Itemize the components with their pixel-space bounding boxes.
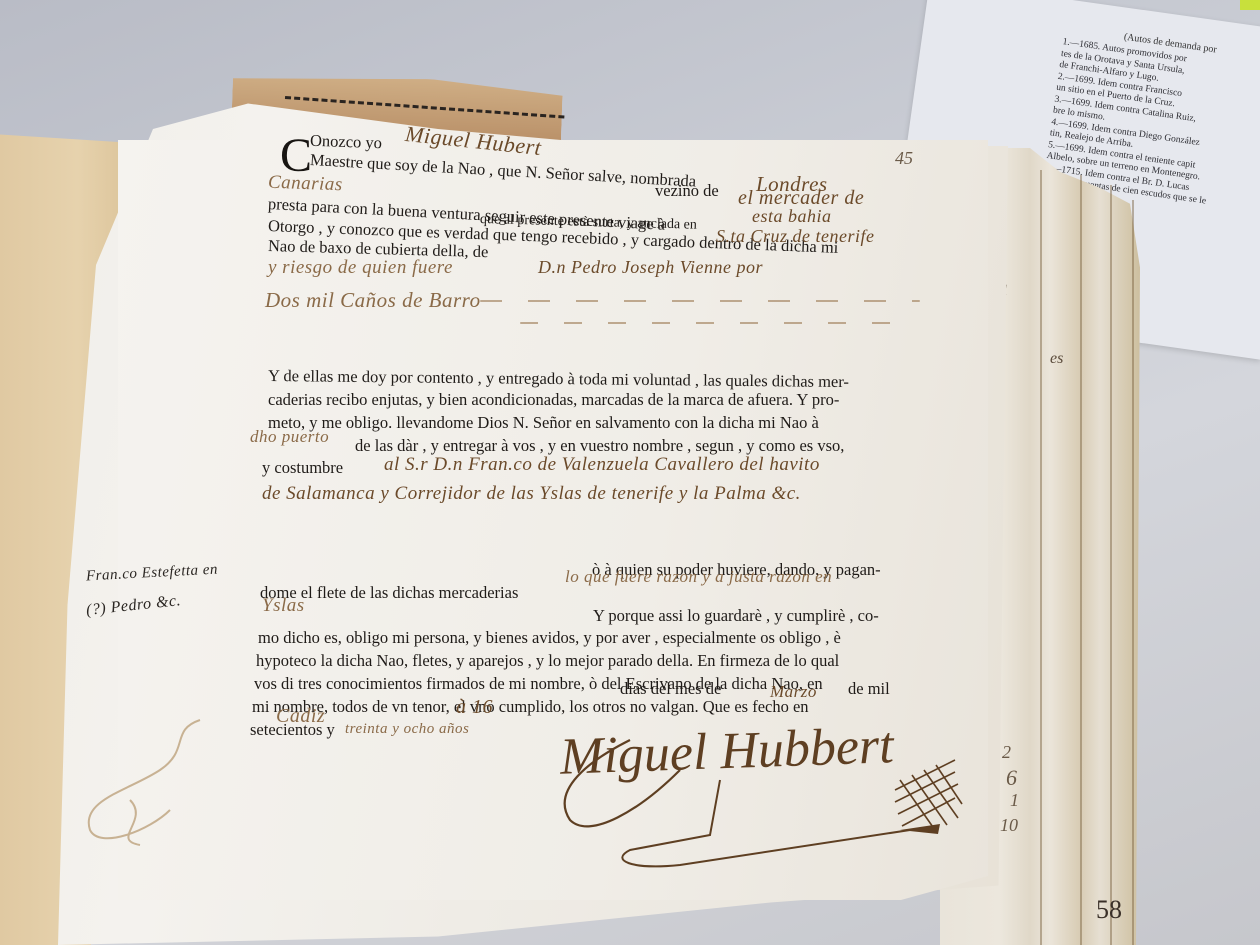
signature-flourish-icon xyxy=(550,720,970,880)
folio-number-main: 45 xyxy=(895,148,913,169)
handwritten-cargo-owner: D.n Pedro Joseph Vienne por xyxy=(538,258,763,276)
handwritten-place: Cadiz xyxy=(276,706,325,726)
handwritten-origin: Canarias xyxy=(268,173,343,195)
printed-line: hypoteco la dicha Nao, fletes, y aparejo… xyxy=(256,653,839,670)
stack-note: es xyxy=(1050,350,1063,368)
printed-line: vos di tres conocimientos firmados de mi… xyxy=(254,676,823,693)
page-edge xyxy=(1040,170,1042,945)
printed-line: Onozco yo xyxy=(310,133,382,152)
printed-line: y costumbre xyxy=(262,460,343,477)
handwritten-day: à 16 xyxy=(456,697,493,717)
page-edge xyxy=(1132,200,1134,945)
sticky-note-tab xyxy=(1240,0,1260,10)
handwritten-month: Marzo xyxy=(770,683,817,700)
printed-line: vezino de xyxy=(655,183,719,200)
handwritten-freight: lo que fuere razon y a justa razon en xyxy=(565,568,832,585)
printed-line: mo dicho es, obligo mi persona, y bienes… xyxy=(258,630,841,647)
printed-line: Y porque assi lo guardarè , y cumplirè ,… xyxy=(593,608,879,625)
handwritten-recipient: al S.r D.n Fran.co de Valenzuela Cavalle… xyxy=(384,455,820,474)
printed-line: de mil xyxy=(848,681,890,698)
printed-line: dias del mes de xyxy=(620,681,721,698)
page-edge xyxy=(1110,185,1112,945)
printed-line: de las dàr , y entregar à vos , y en vue… xyxy=(355,438,844,455)
fill-dashes xyxy=(520,322,910,324)
printed-line: mi nombre, todos de vn tenor, el vno cum… xyxy=(252,699,809,716)
handwritten-ship-name: el mercader de xyxy=(738,188,864,208)
handwritten-cargo-line1: y riesgo de quien fuere xyxy=(268,258,453,277)
printed-line: caderias recibo enjutas, y bien acondici… xyxy=(268,392,839,409)
handwritten-year: treinta y ocho años xyxy=(345,722,469,737)
folio-number-bottom: 58 xyxy=(1096,895,1122,925)
fill-dashes xyxy=(480,300,920,302)
side-number: 2 xyxy=(1002,742,1011,763)
handwritten-freight-line2: Yslas xyxy=(262,596,305,615)
side-number: 6 xyxy=(1006,765,1017,791)
handwritten-cargo-line2: Dos mil Caños de Barro xyxy=(265,290,481,311)
faint-flourish-icon xyxy=(70,710,230,850)
side-number: 1 xyxy=(1010,790,1019,811)
handwritten-anchorage: esta bahia xyxy=(752,207,832,225)
printed-line: meto, y me obligo. llevandome Dios N. Se… xyxy=(268,415,819,432)
handwritten-destination: S.ta Cruz de tenerife xyxy=(716,227,874,245)
handwritten-port: dho puerto xyxy=(250,428,329,445)
page-edge xyxy=(1080,175,1082,945)
side-number: 10 xyxy=(1000,815,1018,836)
handwritten-recipient-line2: de Salamanca y Correjidor de las Yslas d… xyxy=(262,484,801,503)
